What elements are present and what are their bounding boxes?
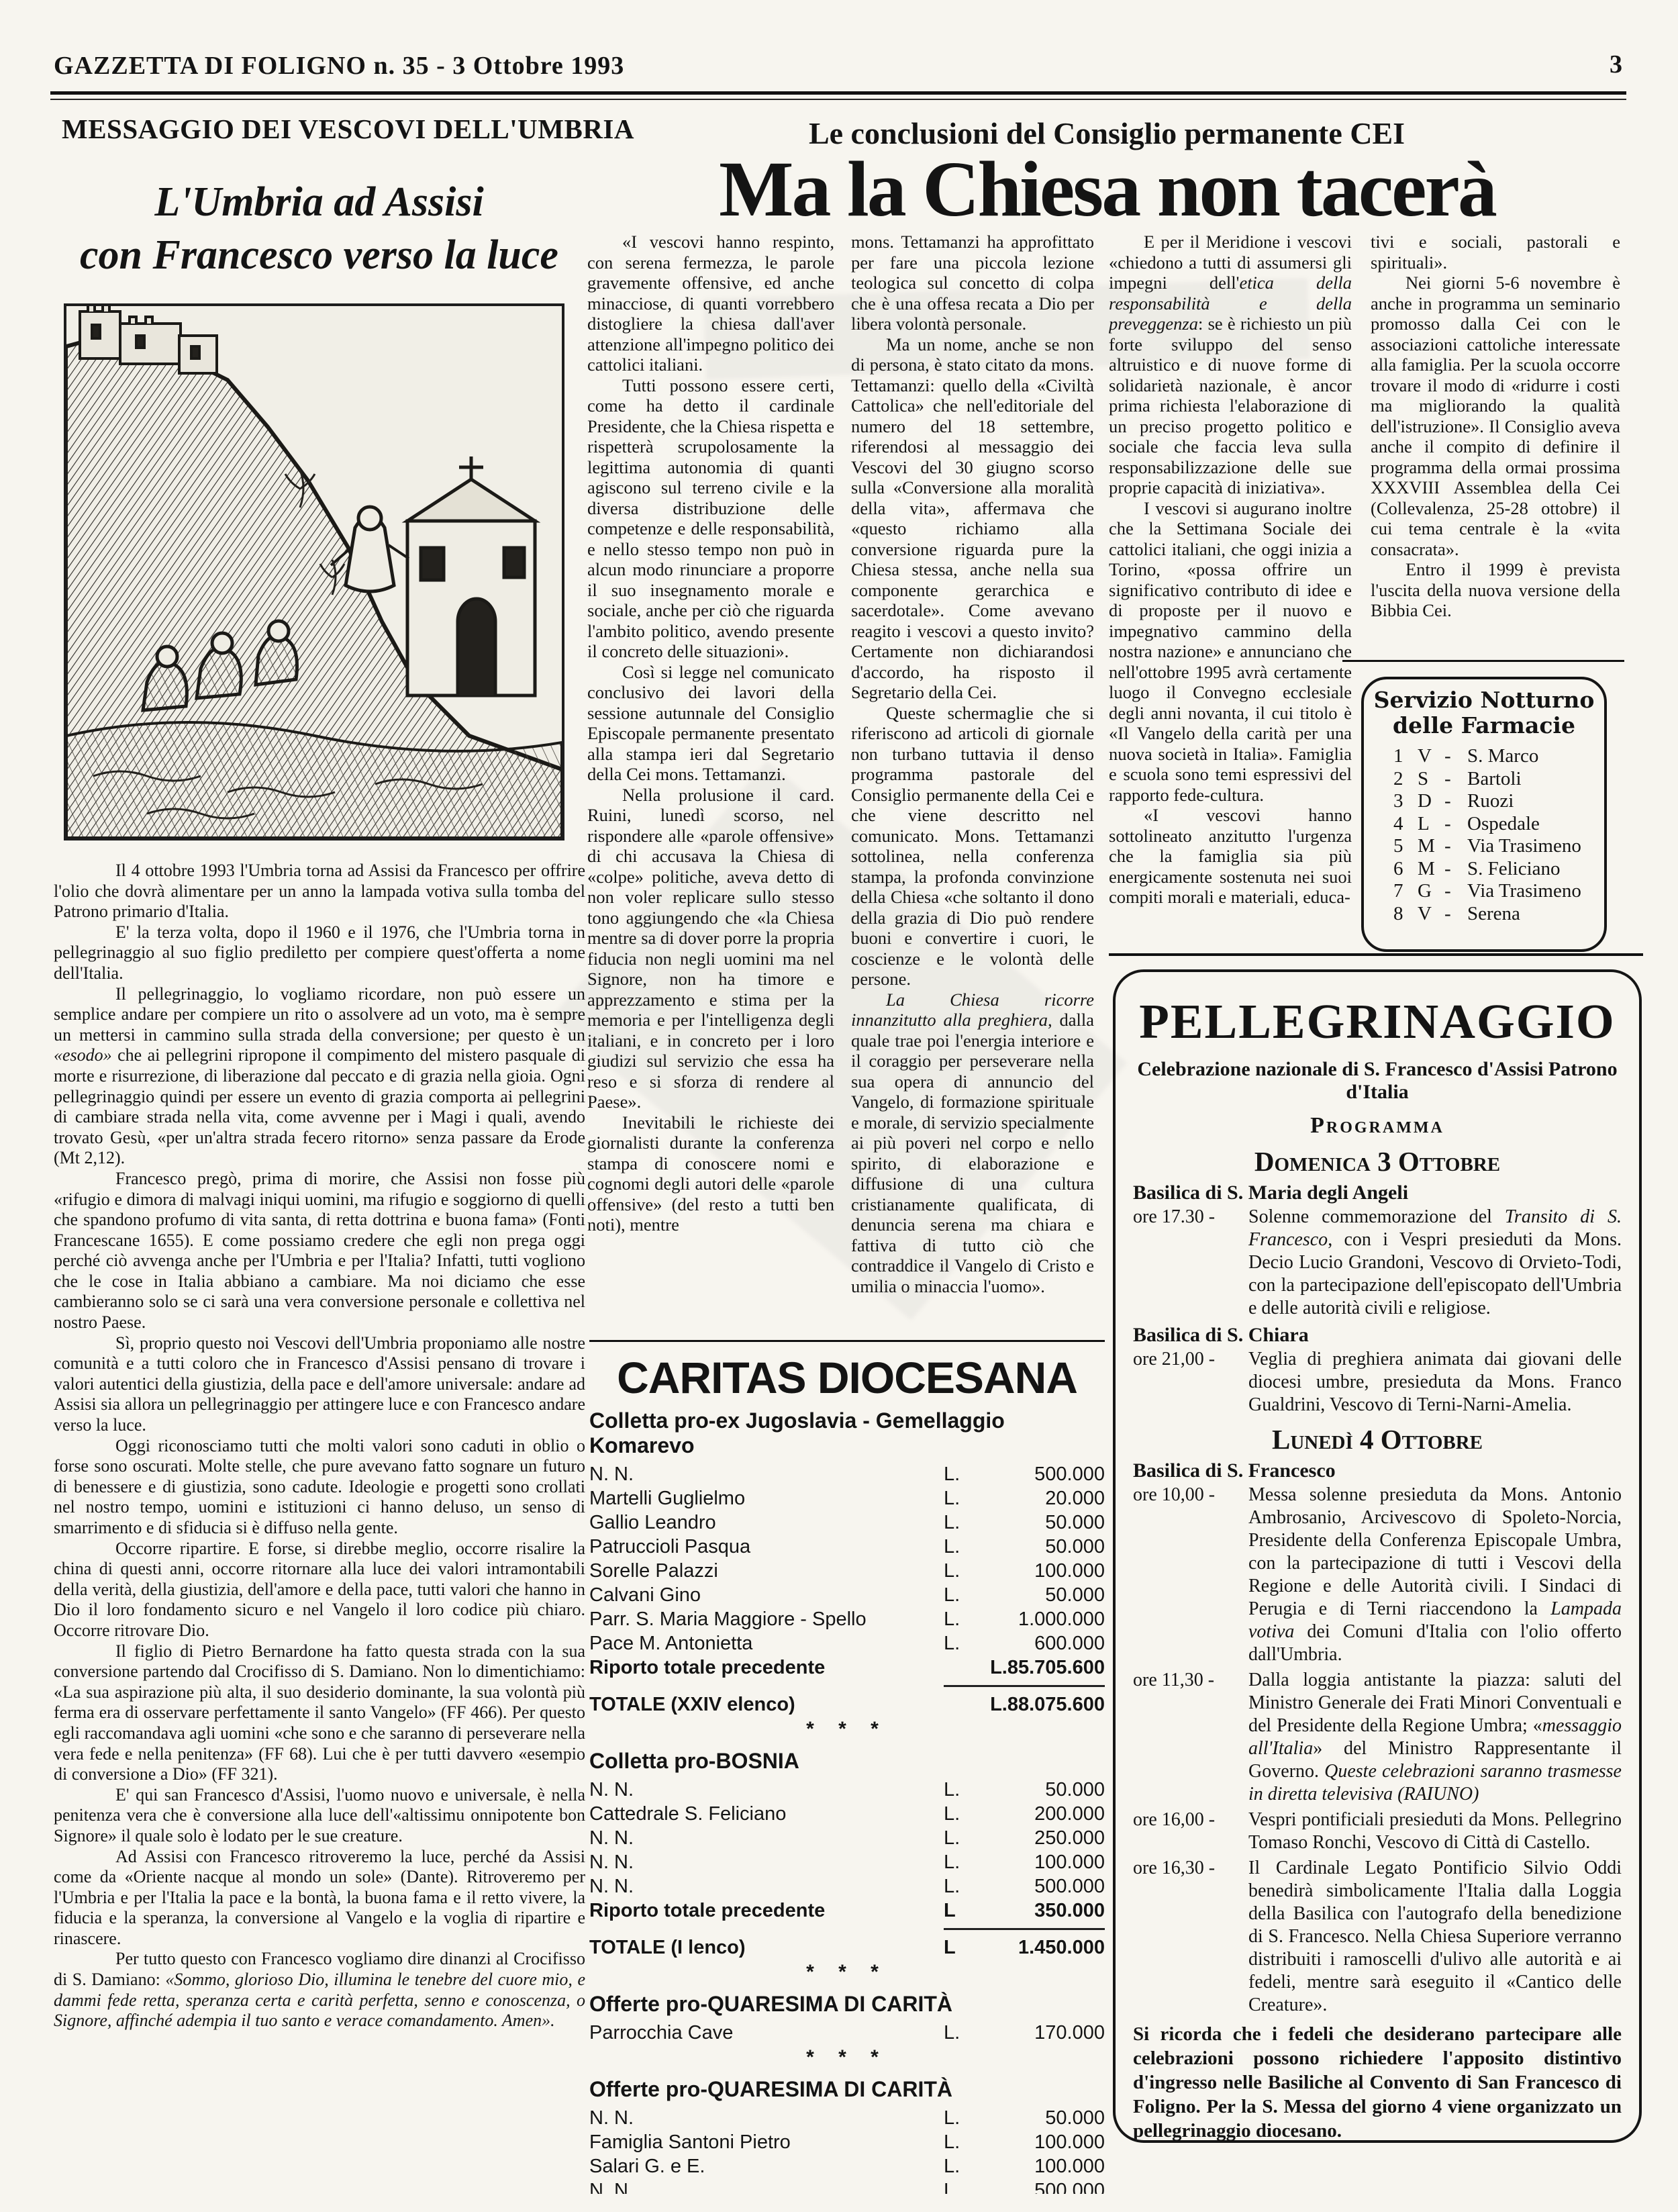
caritas-row: Salari G. e E.L.100.000 (589, 2154, 1105, 2178)
caritas-row: Gallio LeandroL.50.000 (589, 1510, 1105, 1535)
caritas-heading: Offerte pro-QUARESIMA DI CARITÀ (589, 1992, 1105, 2017)
farmacie-list: 1V-S. Marco2S-Bartoli3D-Ruozi4L-Ospedale… (1393, 745, 1604, 925)
caritas-row: Parrocchia CaveL.170.000 (589, 2021, 1105, 2045)
body-paragraph: Il 4 ottobre 1993 l'Umbria torna ad Assi… (54, 861, 585, 922)
caritas-row: Patruccioli PasquaL.50.000 (589, 1535, 1105, 1559)
event-description: Veglia di preghiera animata dai giovani … (1248, 1348, 1622, 1416)
caritas-section: CARITAS DIOCESANA Colletta pro-ex Jugosl… (589, 1353, 1105, 2194)
caritas-heading: Colletta pro-BOSNIA (589, 1749, 1105, 1774)
program-day-title: Domenica 3 Ottobre (1133, 1145, 1622, 1177)
newspaper-page: GAZZETTA DI FOLIGNO n. 35 - 3 Ottobre 19… (0, 0, 1678, 2212)
body-paragraph: E' la terza volta, dopo il 1960 e il 197… (54, 922, 585, 984)
column-paragraph: La Chiesa ricorre innanzitutto alla preg… (851, 990, 1094, 1297)
farmacie-title-line2: delle Farmacie (1364, 713, 1604, 738)
left-article-title-line1: L'Umbria ad Assisi (52, 176, 586, 229)
farmacie-box: Servizio Notturno delle Farmacie 1V-S. M… (1361, 677, 1607, 952)
woodcut-illustration-svg (66, 306, 562, 838)
left-article-title: L'Umbria ad Assisi con Francesco verso l… (52, 176, 586, 282)
caritas-heading: Offerte pro-QUARESIMA DI CARITÀ (589, 2077, 1105, 2102)
body-paragraph: Il figlio di Pietro Bernardone ha fatto … (54, 1641, 585, 1785)
masthead-rule-thin (50, 99, 1626, 100)
caritas-total-rule (944, 1928, 1105, 1930)
column-paragraph: «I vescovi hanno respinto, con serena fe… (587, 232, 834, 375)
column-paragraph: tivi e sociali, pastorali e spirituali». (1371, 232, 1620, 273)
program-day-title: Lunedì 4 Ottobre (1133, 1423, 1622, 1455)
farmacie-separator-rule (1342, 660, 1624, 662)
page-number: 3 (1610, 50, 1622, 79)
stars-divider: * * * (589, 1717, 1105, 1742)
event-time: ore 11,30 - (1133, 1669, 1248, 1806)
caritas-total-row: Riporto totale precedenteL350.000 (589, 1898, 1105, 1923)
program-venue: Basilica di S. Maria degli Angeli (1133, 1182, 1622, 1204)
farmacia-entry: 3D-Ruozi (1393, 790, 1604, 813)
program-event: ore 16,30 -Il Cardinale Legato Pontifici… (1133, 1857, 1622, 2017)
event-time: ore 21,00 - (1133, 1348, 1248, 1416)
caritas-row: N. N.L.100.000 (589, 1850, 1105, 1874)
body-paragraph: Sì, proprio questo noi Vescovi dell'Umbr… (54, 1333, 585, 1436)
column-paragraph: E per il Meridione i vescovi «chiedono a… (1109, 232, 1352, 498)
program-venue: Basilica di S. Chiara (1133, 1324, 1622, 1347)
body-paragraph: E' qui san Francesco d'Assisi, l'uomo nu… (54, 1785, 585, 1847)
pellegrinaggio-title: PELLEGRINAGGIO (1133, 994, 1622, 1050)
column-paragraph: Nei giorni 5-6 novembre è anche in progr… (1371, 273, 1620, 559)
event-description: Solenne commemorazione del Transito di S… (1248, 1206, 1622, 1320)
farmacia-entry: 5M-Via Trasimeno (1393, 835, 1604, 858)
program-event: ore 21,00 -Veglia di preghiera animata d… (1133, 1348, 1622, 1416)
pellegrinaggio-separator-rule (1109, 953, 1643, 956)
article-column-1: «I vescovi hanno respinto, con serena fe… (587, 232, 834, 1338)
event-description: Messa solenne presieduta da Mons. Antoni… (1248, 1484, 1622, 1666)
program-event: ore 11,30 -Dalla loggia antistante la pi… (1133, 1669, 1622, 1806)
article-column-2: mons. Tettamanzi ha approfittato per far… (851, 232, 1094, 1338)
caritas-total-row: Riporto totale precedenteL.85.705.600 (589, 1655, 1105, 1680)
caritas-row: N. N.L.500.000 (589, 2178, 1105, 2194)
pellegrinaggio-program-label: Programma (1133, 1113, 1622, 1139)
farmacie-title: Servizio Notturno delle Farmacie (1364, 687, 1604, 738)
body-paragraph: Francesco pregò, prima di morire, che As… (54, 1169, 585, 1333)
left-article-title-line2: con Francesco verso la luce (52, 229, 586, 282)
left-article-body: Il 4 ottobre 1993 l'Umbria torna ad Assi… (54, 861, 585, 2170)
caritas-total-rule (944, 1685, 1105, 1687)
caritas-total-row: TOTALE (XXIV elenco)L.88.075.600 (589, 1692, 1105, 1717)
event-time: ore 17.30 - (1133, 1206, 1248, 1320)
column-paragraph: Entro il 1999 è prevista l'uscita della … (1371, 559, 1620, 621)
event-time: ore 16,30 - (1133, 1857, 1248, 2017)
body-paragraph: Ad Assisi con Francesco ritroveremo la l… (54, 1847, 585, 1950)
column-paragraph: mons. Tettamanzi ha approfittato per far… (851, 232, 1094, 334)
farmacia-entry: 2S-Bartoli (1393, 768, 1604, 791)
column-paragraph: Ma un nome, anche se non di persona, è s… (851, 334, 1094, 703)
pellegrinaggio-program: Domenica 3 OttobreBasilica di S. Maria d… (1133, 1145, 1622, 2143)
event-description: Dalla loggia antistante la piazza: salut… (1248, 1669, 1622, 1806)
masthead-title: GAZZETTA DI FOLIGNO n. 35 - 3 Ottobre 19… (54, 51, 624, 81)
caritas-row: N. N.L.50.000 (589, 2106, 1105, 2130)
caritas-row: Famiglia Santoni PietroL.100.000 (589, 2130, 1105, 2154)
caritas-list: Colletta pro-ex Jugoslavia - Gemellaggio… (589, 1408, 1105, 2194)
caritas-title: CARITAS DIOCESANA (589, 1353, 1105, 1402)
pellegrinaggio-box: PELLEGRINAGGIO Celebrazione nazionale di… (1113, 969, 1642, 2143)
stars-divider: * * * (589, 2045, 1105, 2070)
article-column-3: E per il Meridione i vescovi «chiedono a… (1109, 232, 1352, 945)
column-paragraph: «I vescovi hanno sottolineato anzitutto … (1109, 805, 1352, 908)
body-paragraph: Occorre ripartire. E forse, si direbbe m… (54, 1539, 585, 1641)
caritas-row: N. N.L.500.000 (589, 1874, 1105, 1898)
event-time: ore 10,00 - (1133, 1484, 1248, 1666)
caritas-row: N. N.L.500.000 (589, 1462, 1105, 1486)
caritas-row: Martelli GuglielmoL.20.000 (589, 1486, 1105, 1510)
event-description: Il Cardinale Legato Pontificio Silvio Od… (1248, 1857, 1622, 2017)
event-description: Vespri pontificiali presieduti da Mons. … (1248, 1809, 1622, 1854)
caritas-row: Pace M. AntoniettaL.600.000 (589, 1631, 1105, 1655)
article-column-4: tivi e sociali, pastorali e spirituali».… (1371, 232, 1620, 646)
farmacia-entry: 4L-Ospedale (1393, 813, 1604, 836)
masthead-rule-thick (50, 91, 1626, 95)
caritas-row: Sorelle PalazziL.100.000 (589, 1559, 1105, 1583)
body-paragraph: Oggi riconosciamo tutti che molti valori… (54, 1436, 585, 1539)
column-paragraph: Queste schermaglie che si riferiscono ad… (851, 703, 1094, 990)
left-article-kicker: MESSAGGIO DEI VESCOVI DELL'UMBRIA (62, 113, 599, 145)
caritas-heading: Colletta pro-ex Jugoslavia - Gemellaggio… (589, 1408, 1105, 1458)
farmacia-entry: 8V-Serena (1393, 903, 1604, 926)
farmacie-title-line1: Servizio Notturno (1364, 687, 1604, 713)
column-paragraph: I vescovi si augurano inoltre che la Set… (1109, 498, 1352, 806)
pellegrinaggio-subtitle: Celebrazione nazionale di S. Francesco d… (1133, 1058, 1622, 1104)
stars-divider: * * * (589, 1960, 1105, 1985)
column-paragraph: Tutti possono essere certi, come ha dett… (587, 375, 834, 662)
program-event: ore 16,00 -Vespri pontificiali presiedut… (1133, 1809, 1622, 1854)
farmacia-entry: 7G-Via Trasimeno (1393, 880, 1604, 903)
farmacia-entry: 6M-S. Feliciano (1393, 858, 1604, 881)
main-headline: Ma la Chiesa non tacerà (579, 144, 1636, 235)
column-paragraph: Nella prolusione il card. Ruini, lunedì … (587, 785, 834, 1112)
program-event: ore 10,00 -Messa solenne presieduta da M… (1133, 1484, 1622, 1666)
caritas-separator-rule (589, 1340, 1105, 1342)
column-paragraph: Inevitabili le richieste dei giornalisti… (587, 1112, 834, 1235)
caritas-row: Parr. S. Maria Maggiore - SpelloL.1.000.… (589, 1607, 1105, 1631)
caritas-row: N. N.L.50.000 (589, 1778, 1105, 1802)
body-paragraph: Il pellegrinaggio, lo vogliamo ricordare… (54, 984, 585, 1169)
article-illustration (64, 303, 564, 840)
body-paragraph: Per tutto questo con Francesco vogliamo … (54, 1949, 585, 2031)
caritas-row: N. N.L.250.000 (589, 1826, 1105, 1850)
farmacia-entry: 1V-S. Marco (1393, 745, 1604, 768)
column-paragraph: Così si legge nel comunicato conclusivo … (587, 662, 834, 785)
caritas-total-row: TOTALE (I lenco)L1.450.000 (589, 1935, 1105, 1960)
caritas-row: Cattedrale S. FelicianoL.200.000 (589, 1802, 1105, 1826)
event-time: ore 16,00 - (1133, 1809, 1248, 1854)
program-note: Si ricorda che i fedeli che desiderano p… (1133, 2022, 1622, 2143)
caritas-row: Calvani GinoL.50.000 (589, 1583, 1105, 1607)
program-venue: Basilica di S. Francesco (1133, 1459, 1622, 1482)
program-event: ore 17.30 -Solenne commemorazione del Tr… (1133, 1206, 1622, 1320)
